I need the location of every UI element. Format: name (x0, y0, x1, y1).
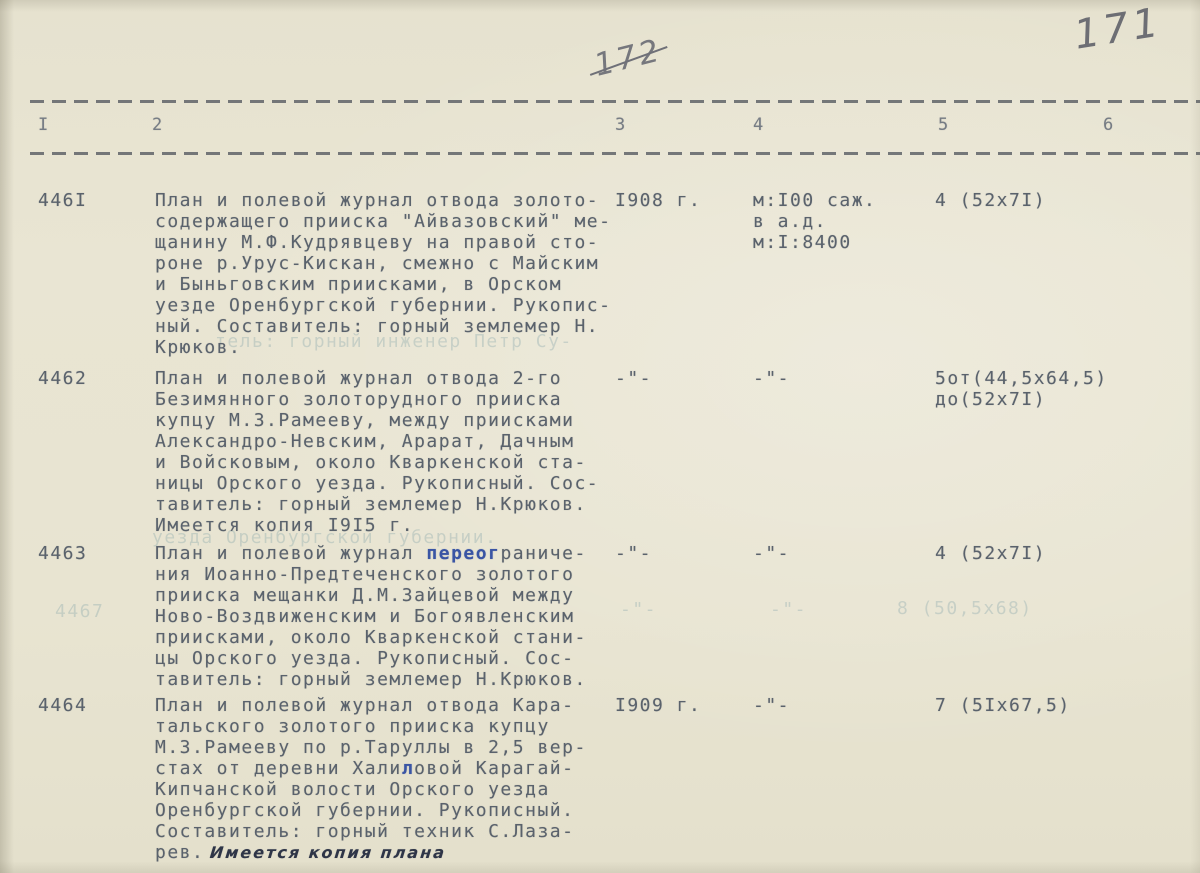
bleedthrough-text: -"- (770, 599, 807, 620)
entry-sheets-size: 4 (52х7I) (935, 543, 1145, 564)
entry-date: -"- (615, 543, 745, 564)
entry-scale: -"- (753, 368, 918, 389)
entry-date: I908 г. (615, 190, 745, 211)
column-header-4: 4 (753, 114, 764, 136)
ink-correction-text: переог (426, 543, 500, 564)
bleedthrough-text: -"- (620, 599, 657, 620)
bleedthrough-text: 8 (50,5х68) (897, 598, 1033, 619)
bleedthrough-text: 4467 (55, 601, 104, 622)
column-header-5: 5 (938, 114, 949, 136)
column-header-2: 2 (152, 114, 163, 136)
description-text: План и полевой журнал (155, 543, 426, 564)
entry-scale: -"- (753, 695, 918, 716)
entry-description: План и полевой журнал отвода золото- сод… (155, 190, 625, 358)
entry-sheets-size: 4 (52х7I) (935, 190, 1145, 211)
entry-description: План и полевой журнал переограниче- ния … (155, 543, 625, 690)
page-number: 171 (1071, 0, 1165, 59)
entry-description: План и полевой журнал отвода 2-го Безимя… (155, 368, 625, 536)
entry-date: -"- (615, 368, 745, 389)
ink-correction-text: л (402, 758, 414, 779)
document-page: 172 171 I 2 3 4 5 6 тель: горный инженер… (0, 0, 1200, 873)
description-text-cont: раниче- ния Иоанно-Предтеченского золото… (155, 543, 587, 690)
page-number-crossed-out-text: 172 (591, 32, 666, 83)
entry-scale: м:I00 саж. в а.д. м:I:8400 (753, 190, 918, 253)
entry-description: План и полевой журнал отвода Кара- тальс… (155, 695, 625, 863)
entry-date: I909 г. (615, 695, 745, 716)
description-text: План и полевой журнал отвода золото- сод… (155, 190, 611, 358)
entry-number: 4462 (38, 368, 148, 389)
entry-number: 4464 (38, 695, 148, 716)
dashed-rule-bottom (30, 152, 1200, 155)
column-header-1: I (38, 114, 49, 136)
dashed-rule-top (30, 100, 1200, 103)
column-header-6: 6 (1103, 114, 1114, 136)
column-header-3: 3 (615, 114, 626, 136)
handwritten-note: Имеется копия плана (209, 842, 447, 863)
description-text: План и полевой журнал отвода 2-го Безимя… (155, 368, 599, 536)
entry-number: 4463 (38, 543, 148, 564)
entry-number: 446I (38, 190, 148, 211)
page-number-crossed-out: 172 (591, 32, 666, 83)
entry-sheets-size: 7 (5Iх67,5) (935, 695, 1145, 716)
entry-sheets-size: 5от(44,5х64,5) до(52х7I) (935, 368, 1145, 410)
entry-scale: -"- (753, 543, 918, 564)
